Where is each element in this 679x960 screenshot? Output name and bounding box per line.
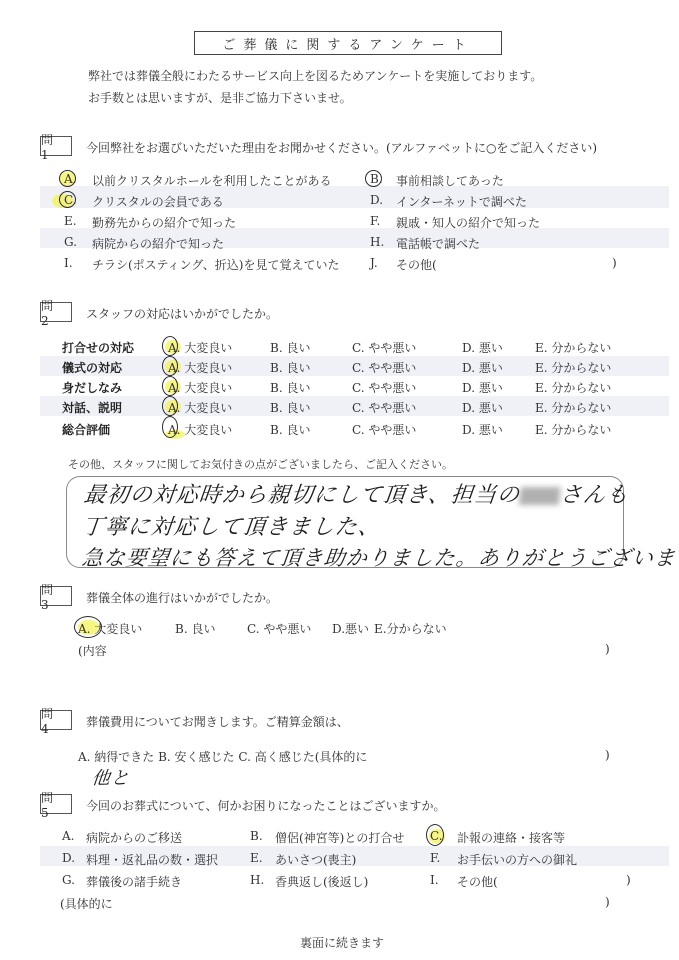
q1-option-c-text: クリスタルの会員である: [92, 193, 224, 210]
q2-option-a[interactable]: A. 大変良い: [168, 421, 232, 438]
q1-option-d-text: インターネットで調べた: [396, 193, 527, 210]
q1-option-d-key[interactable]: D.: [370, 193, 383, 207]
q2-option-d[interactable]: D. 悪い: [462, 421, 503, 438]
q5-option-i-text: その他(: [457, 873, 498, 890]
q5-option-f-text: お手伝いの方への御礼: [457, 851, 577, 868]
q5-specific-open: (具体的に: [60, 895, 113, 912]
q1-option-j-key[interactable]: J.: [370, 256, 378, 270]
q1-label: 問 1: [40, 136, 72, 156]
q2-row-label: 儀式の対応: [62, 359, 122, 376]
q3-content-open: (内容: [78, 642, 107, 659]
q2-option-c[interactable]: C. やや悪い: [352, 399, 416, 416]
q1-option-i-key[interactable]: I.: [64, 256, 73, 270]
q4-label: 問 4: [40, 710, 72, 730]
q2-option-b[interactable]: B. 良い: [270, 359, 310, 376]
q1-option-e-text: 勤務先からの紹介で知った: [92, 214, 236, 231]
handwritten-text: さんも: [559, 483, 631, 508]
q2-option-e[interactable]: E. 分からない: [535, 421, 611, 438]
q5-option-g-text: 葬儀後の諸手続き: [86, 873, 182, 890]
q5-label: 問 5: [40, 794, 72, 814]
q1-option-f-key[interactable]: F.: [370, 214, 380, 228]
q5-option-i-key[interactable]: I.: [430, 873, 439, 887]
q2-option-e[interactable]: E. 分からない: [535, 359, 611, 376]
q1-option-e-key[interactable]: E.: [64, 214, 77, 228]
q1-option-h-key[interactable]: H.: [370, 235, 384, 249]
q2-option-c[interactable]: C. やや悪い: [352, 339, 416, 356]
q1-option-c-key[interactable]: C.: [64, 193, 77, 207]
footer-continued: 裏面に続きます: [300, 934, 384, 951]
q2-option-a[interactable]: A. 大変良い: [168, 339, 232, 356]
intro-line-1: 弊社では葬儀全般にわたるサービス向上を図るためアンケートを実施しております。: [88, 67, 542, 84]
redacted-name: [519, 487, 561, 505]
q2-option-b[interactable]: B. 良い: [270, 379, 310, 396]
q2-row-label: 身だしなみ: [62, 379, 122, 396]
q1-option-g-text: 病院からの紹介で知った: [92, 235, 224, 252]
q2-option-b[interactable]: B. 良い: [270, 339, 310, 356]
q2-option-a[interactable]: A. 大変良い: [168, 379, 232, 396]
document-title: ご葬儀に関するアンケート: [194, 31, 502, 55]
q1-option-j-close: ): [612, 256, 617, 270]
q5-option-i-close: ): [626, 873, 631, 887]
handwritten-text: 最初の対応時から親切にして頂き、担当の: [82, 483, 521, 508]
q2-option-e[interactable]: E. 分からない: [535, 339, 611, 356]
q4-text: 葬儀費用についてお聞きします。ご精算金額は、: [86, 713, 349, 730]
q5-option-c-key[interactable]: C.: [430, 829, 443, 843]
q1-option-h-text: 電話帳で調べた: [396, 235, 480, 252]
q2-option-a[interactable]: A. 大変良い: [168, 359, 232, 376]
q1-option-i-text: チラシ(ポスティング、折込)を見て覚えていた: [92, 256, 339, 273]
q4-handwritten: 他と: [91, 764, 132, 790]
q2-option-b[interactable]: B. 良い: [270, 399, 310, 416]
q1-option-a-text: 以前クリスタルホールを利用したことがある: [92, 172, 332, 189]
q5-specific-close: ): [605, 895, 610, 909]
q3-option-e[interactable]: E.分からない: [374, 620, 447, 637]
q5-option-h-key[interactable]: H.: [250, 873, 264, 887]
q4-options[interactable]: A. 納得できた B. 安く感じた C. 高く感じた(具体的に: [78, 748, 367, 765]
q2-option-e[interactable]: E. 分からない: [535, 379, 611, 396]
q2-option-c[interactable]: C. やや悪い: [352, 379, 416, 396]
q5-option-a-text: 病院からのご移送: [86, 829, 182, 846]
q2-label: 問 2: [40, 302, 72, 322]
q5-option-b-key[interactable]: B.: [250, 829, 263, 843]
q2-comment-prompt: その他、スタッフに関してお気付きの点がございましたら、ご記入ください。: [68, 456, 453, 472]
q4-close: ): [605, 748, 610, 762]
intro-line-2: お手数とは思いますが、是非ご協力下さいませ。: [88, 89, 352, 106]
q5-option-d-text: 料理・返礼品の数・選択: [86, 851, 218, 868]
q2-option-d[interactable]: D. 悪い: [462, 359, 503, 376]
handwritten-line-2: 丁寧に対応して頂きました、: [80, 510, 382, 541]
q5-option-f-key[interactable]: F.: [430, 851, 440, 865]
q3-option-b[interactable]: B. 良い: [175, 620, 215, 637]
q5-option-d-key[interactable]: D.: [62, 851, 75, 865]
q2-row-label: 打合せの対応: [62, 339, 134, 356]
q1-option-b-text: 事前相談してあった: [396, 172, 504, 189]
q1-option-b-key[interactable]: B.: [370, 172, 383, 186]
q3-option-a[interactable]: A. 大変良い: [78, 620, 142, 637]
q2-option-d[interactable]: D. 悪い: [462, 379, 503, 396]
q3-option-c[interactable]: C. やや悪い: [247, 620, 311, 637]
q5-option-e-text: あいさつ(喪主): [275, 851, 356, 868]
q2-option-d[interactable]: D. 悪い: [462, 399, 503, 416]
q2-option-e[interactable]: E. 分からない: [535, 399, 611, 416]
q2-option-d[interactable]: D. 悪い: [462, 339, 503, 356]
q2-option-c[interactable]: C. やや悪い: [352, 421, 416, 438]
q2-row-label: 対話、説明: [62, 399, 122, 416]
q3-label: 問 3: [40, 586, 72, 606]
q2-option-a[interactable]: A. 大変良い: [168, 399, 232, 416]
q3-content-close: ): [605, 642, 610, 656]
q1-option-a-key[interactable]: A.: [64, 172, 76, 186]
q2-option-b[interactable]: B. 良い: [270, 421, 310, 438]
q5-text: 今回のお葬式について、何かお困りになったことはございますか。: [86, 797, 446, 814]
q5-option-b-text: 僧侶(神宮等)との打合せ: [275, 829, 404, 846]
q5-option-h-text: 香典返し(後返し): [275, 873, 368, 890]
q2-option-c[interactable]: C. やや悪い: [352, 359, 416, 376]
q3-text: 葬儀全体の進行はいかがでしたか。: [86, 589, 278, 606]
handwritten-line-3: 急な要望にも答えて頂き助かりました。ありがとうございました。: [80, 542, 679, 572]
q1-option-g-key[interactable]: G.: [64, 235, 77, 249]
q5-option-c-text: 訃報の連絡・接客等: [457, 829, 565, 846]
q3-option-d[interactable]: D.悪い: [332, 620, 369, 637]
q5-option-g-key[interactable]: G.: [62, 873, 75, 887]
q2-text: スタッフの対応はいかがでしたか。: [86, 305, 278, 322]
q1-text: 今回弊社をお選びいただいた理由をお聞かせください。(アルファベットに○をご記入く…: [86, 139, 597, 156]
q2-row-label: 総合評価: [62, 421, 110, 438]
handwritten-line-1: 最初の対応時から親切にして頂き、担当のさんも: [82, 478, 630, 509]
q5-option-a-key[interactable]: A.: [62, 829, 74, 843]
q5-option-e-key[interactable]: E.: [250, 851, 263, 865]
q1-option-j-text: その他(: [396, 256, 437, 273]
q1-option-f-text: 親戚・知人の紹介で知った: [396, 214, 540, 231]
